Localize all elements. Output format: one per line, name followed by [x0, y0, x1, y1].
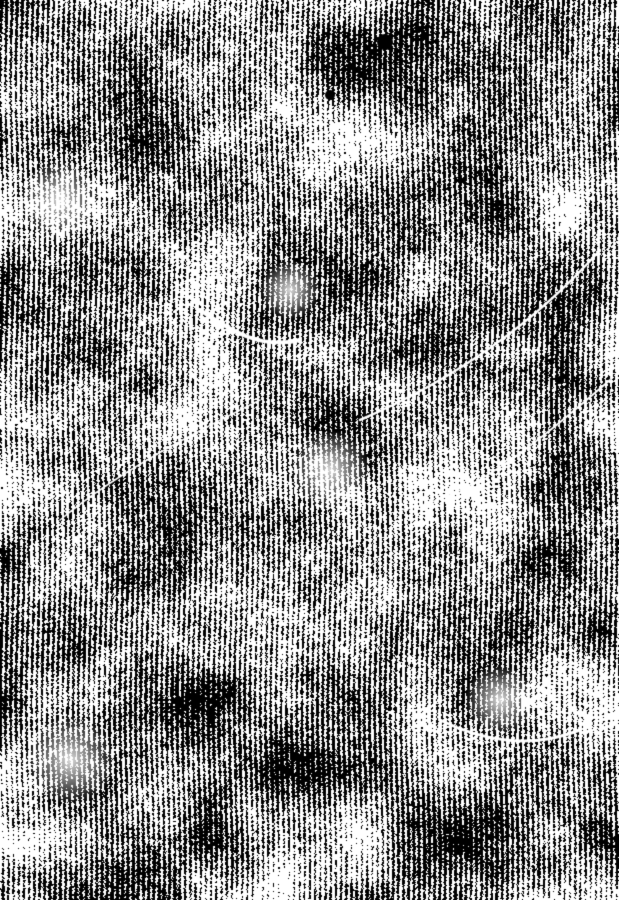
- grunge-texture-image: Black and white distressed grunge textur…: [0, 0, 619, 900]
- texture-canvas: [0, 0, 619, 900]
